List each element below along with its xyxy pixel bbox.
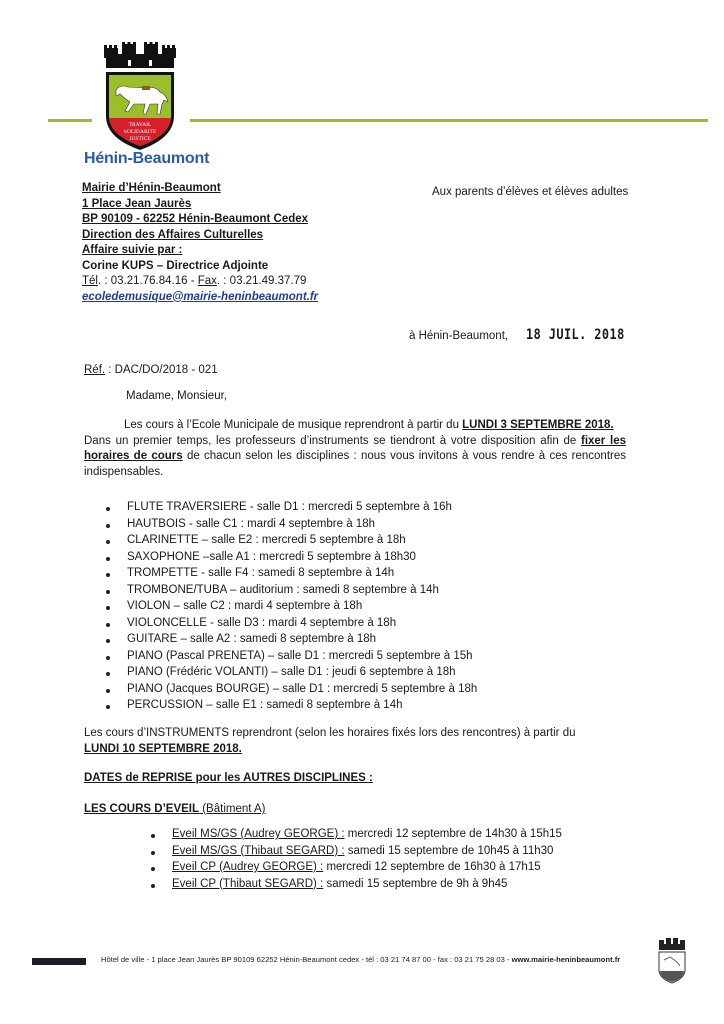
reference: Réf. : DAC/DO/2018 - 021 bbox=[84, 364, 218, 376]
tel-label: Tél bbox=[82, 275, 98, 287]
list-item: TROMPETTE - salle F4 : samedi 8 septembr… bbox=[127, 567, 477, 584]
footer-website-link[interactable]: www.mairie-heninbeaumont.fr bbox=[512, 955, 621, 964]
eveil-label: Eveil CP (Thibaut SEGARD) : bbox=[172, 878, 323, 890]
header-rule-right bbox=[190, 119, 708, 122]
list-item: HAUTBOIS - salle C1 : mardi 4 septembre … bbox=[127, 518, 477, 535]
tel-number: . : 03.21.76.84.16 - bbox=[98, 275, 198, 287]
eveil-heading-location: (Bâtiment A) bbox=[199, 803, 265, 815]
coat-of-arms-logo: TRAVAIL SOLIDARITE JUSTICE bbox=[102, 42, 178, 152]
list-item: PERCUSSION – salle E1 : samedi 8 septemb… bbox=[127, 699, 477, 716]
list-item: PIANO (Jacques BOURGE) – salle D1 : merc… bbox=[127, 683, 477, 700]
svg-text:TRAVAIL: TRAVAIL bbox=[129, 122, 152, 128]
intro-paragraph: Les cours à l’Ecole Municipale de musiqu… bbox=[84, 418, 626, 480]
resume-text: Les cours d’INSTRUMENTS reprendront (sel… bbox=[84, 727, 576, 739]
list-item: FLUTE TRAVERSIERE - salle D1 : mercredi … bbox=[127, 501, 477, 518]
list-item: Eveil CP (Thibaut SEGARD) : samedi 15 se… bbox=[172, 878, 562, 895]
eveil-schedule: mercredi 12 septembre de 14h30 à 15h15 bbox=[345, 828, 562, 840]
list-item: PIANO (Frédéric VOLANTI) – salle D1 : je… bbox=[127, 666, 477, 683]
contact-person: Corine KUPS – Directrice Adjointe bbox=[82, 259, 318, 275]
fax-label: Fax bbox=[198, 275, 217, 287]
intro-text: Les cours à l’Ecole Municipale de musiqu… bbox=[124, 419, 462, 431]
instruments-resume-paragraph: Les cours d’INSTRUMENTS reprendront (sel… bbox=[84, 726, 604, 757]
email-link[interactable]: ecoledemusique@mairie-heninbeaumont.fr bbox=[82, 291, 318, 303]
list-item: VIOLON – salle C2 : mardi 4 septembre à … bbox=[127, 600, 477, 617]
footer-bar bbox=[32, 958, 86, 965]
place-date: à Hénin-Beaumont,18 JUIL. 2018 bbox=[409, 327, 642, 343]
salutation: Madame, Monsieur, bbox=[126, 390, 227, 402]
reference-label: Réf. bbox=[84, 364, 105, 376]
footer-address: Hôtel de ville - 1 place Jean Jaurès BP … bbox=[101, 955, 620, 964]
eveil-schedule: mercredi 12 septembre de 16h30 à 17h15 bbox=[323, 861, 540, 873]
start-date: LUNDI 3 SEPTEMBRE 2018. bbox=[462, 419, 613, 431]
reference-value: : DAC/DO/2018 - 021 bbox=[105, 364, 218, 376]
eveil-label: Eveil MS/GS (Thibaut SEGARD) : bbox=[172, 845, 345, 857]
eveil-courses-list: Eveil MS/GS (Audrey GEORGE) : mercredi 1… bbox=[172, 828, 562, 894]
followed-by-label: Affaire suivie par : bbox=[82, 243, 318, 259]
eveil-label: Eveil CP (Audrey GEORGE) : bbox=[172, 861, 323, 873]
instrument-meetings-list: FLUTE TRAVERSIERE - salle D1 : mercredi … bbox=[127, 501, 477, 716]
eveil-label: Eveil MS/GS (Audrey GEORGE) : bbox=[172, 828, 345, 840]
list-item: PIANO (Pascal PRENETA) – salle D1 : merc… bbox=[127, 650, 477, 667]
phone-fax-line: Tél. : 03.21.76.84.16 - Fax. : 03.21.49.… bbox=[82, 274, 318, 290]
svg-text:JUSTICE: JUSTICE bbox=[129, 136, 151, 142]
footer-address-text: Hôtel de ville - 1 place Jean Jaurès BP … bbox=[101, 955, 512, 964]
city-name: Hénin-Beaumont bbox=[84, 150, 209, 168]
sender-address-2: BP 90109 - 62252 Hénin-Beaumont Cedex bbox=[82, 212, 318, 228]
list-item: Eveil CP (Audrey GEORGE) : mercredi 12 s… bbox=[172, 861, 562, 878]
eveil-schedule: samedi 15 septembre de 9h à 9h45 bbox=[323, 878, 507, 890]
list-item: TROMBONE/TUBA – auditorium : samedi 8 se… bbox=[127, 584, 477, 601]
place: à Hénin-Beaumont, bbox=[409, 330, 508, 342]
eveil-schedule: samedi 15 septembre de 10h45 à 11h30 bbox=[345, 845, 554, 857]
list-item: Eveil MS/GS (Thibaut SEGARD) : samedi 15… bbox=[172, 845, 562, 862]
fax-number: . : 03.21.49.37.79 bbox=[217, 275, 307, 287]
eveil-heading: LES COURS D’EVEIL (Bâtiment A) bbox=[84, 803, 266, 815]
sender-org: Mairie d’Hénin-Beaumont bbox=[82, 181, 318, 197]
intro-text-2: Dans un premier temps, les professeurs d… bbox=[84, 435, 581, 447]
eveil-heading-bold: LES COURS D’EVEIL bbox=[84, 803, 199, 815]
list-item: VIOLONCELLE - salle D3 : mardi 4 septemb… bbox=[127, 617, 477, 634]
recipient: Aux parents d’élèves et élèves adultes bbox=[432, 186, 628, 198]
footer-coat-of-arms-icon bbox=[657, 938, 687, 984]
other-disciplines-heading: DATES de REPRISE pour les AUTRES DISCIPL… bbox=[84, 772, 373, 784]
sender-block: Mairie d’Hénin-Beaumont 1 Place Jean Jau… bbox=[82, 181, 318, 305]
svg-text:SOLIDARITE: SOLIDARITE bbox=[124, 129, 157, 135]
sender-department: Direction des Affaires Culturelles bbox=[82, 228, 318, 244]
list-item: GUITARE – salle A2 : samedi 8 septembre … bbox=[127, 633, 477, 650]
sender-address-1: 1 Place Jean Jaurès bbox=[82, 197, 318, 213]
list-item: CLARINETTE – salle E2 : mercredi 5 septe… bbox=[127, 534, 477, 551]
header-rule-left bbox=[48, 119, 92, 122]
resume-date: LUNDI 10 SEPTEMBRE 2018. bbox=[84, 743, 242, 755]
list-item: Eveil MS/GS (Audrey GEORGE) : mercredi 1… bbox=[172, 828, 562, 845]
list-item: SAXOPHONE –salle A1 : mercredi 5 septemb… bbox=[127, 551, 477, 568]
date-stamp: 18 JUIL. 2018 bbox=[526, 327, 625, 343]
